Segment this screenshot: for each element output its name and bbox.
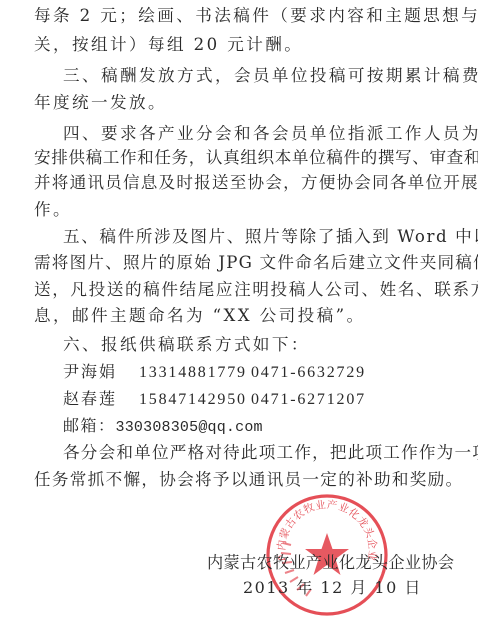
paragraph-6-heading: 六、报纸供稿联系方式如下： — [63, 335, 448, 355]
paragraph-3-heading: 三、稿酬发放方式，会员单位投稿可按期累计稿费，按工作 — [63, 66, 448, 86]
contact-name: 尹海娟 — [63, 362, 139, 382]
text-line: 息，邮件主题命名为 “XX 公司投稿”。 — [34, 306, 448, 326]
text-line: 送，凡投送的稿件结尾应注明投稿人公司、姓名、联系方式等信 — [34, 280, 448, 300]
text-line: 年度统一发放。 — [34, 93, 448, 113]
contact-tel: 0471-6632729 — [251, 363, 366, 383]
contact-row: 尹海娟133148817790471-6632729 — [63, 362, 366, 383]
text-line: 作。 — [34, 200, 448, 220]
paragraph-5-heading: 五、稿件所涉及图片、照片等除了插入到 Word 中以外，还 — [63, 227, 448, 247]
issuer-signature: 内蒙古农牧业产业化龙头企业协会 — [207, 553, 433, 573]
email-row: 邮箱：330308305@qq.com — [63, 416, 263, 438]
closing-line: 各分会和单位严格对待此项工作，把此项工作作为一项重要 — [63, 443, 448, 463]
contact-row: 赵春莲158471429500471-6271207 — [63, 389, 366, 410]
closing-line: 任务常抓不懈，协会将予以通讯员一定的补助和奖励。 — [34, 470, 448, 490]
contact-tel: 0471-6271207 — [251, 390, 366, 410]
contact-mobile: 15847142950 — [139, 390, 251, 410]
contact-name: 赵春莲 — [63, 389, 139, 409]
email-address[interactable]: 330308305@qq.com — [116, 419, 263, 436]
text-line: 安排供稿工作和任务，认真组织本单位稿件的撰写、审查和报送， — [34, 148, 448, 168]
text-line: 并将通讯员信息及时报送至协会，方便协会同各单位开展对接工 — [34, 173, 448, 193]
contact-mobile: 13314881779 — [139, 363, 251, 383]
text-line: 需将图片、照片的原始 JPG 文件命名后建立文件夹同稿件一并报 — [34, 253, 448, 273]
text-line: 每条 2 元；绘画、书法稿件（要求内容和主题思想与协会工作相 — [34, 6, 448, 26]
issue-date: 2013 年 12 月 10 日 — [243, 578, 422, 598]
text-line: 关，按组计）每组 20 元计酬。 — [34, 35, 448, 55]
document-page: 每条 2 元；绘画、书法稿件（要求内容和主题思想与协会工作相 关，按组计）每组 … — [0, 0, 478, 636]
email-label: 邮箱： — [63, 416, 116, 435]
paragraph-4-heading: 四、要求各产业分会和各会员单位指派工作人员为通讯员， — [63, 124, 448, 144]
